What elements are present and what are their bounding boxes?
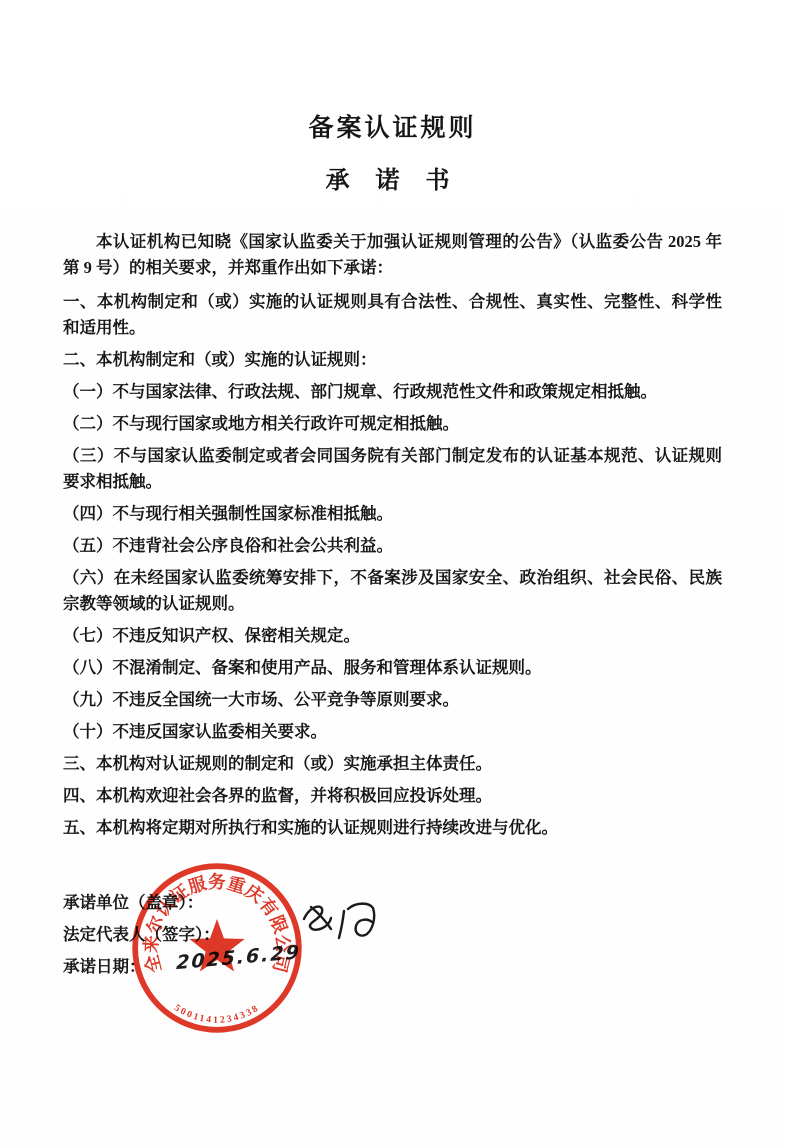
clause: 五、本机构将定期对所执行和实施的认证规则进行持续改进与优化。 [63, 815, 722, 841]
clause: （六）在未经国家认监委统筹安排下，不备案涉及国家安全、政治组织、社会民俗、民族宗… [63, 565, 722, 617]
document-page: 备案认证规则 承 诺 书 本认证机构已知晓《国家认监委关于加强认证规则管理的公告… [0, 0, 785, 1148]
document-content: 备案认证规则 承 诺 书 本认证机构已知晓《国家认监委关于加强认证规则管理的公告… [0, 0, 785, 983]
intro-paragraph: 本认证机构已知晓《国家认监委关于加强认证规则管理的公告》（认监委公告 2025 … [63, 229, 722, 281]
clause: （九）不违反全国统一大市场、公平竞争等原则要求。 [63, 687, 722, 713]
legal-representative-label: 法定代表人（签字）： [63, 919, 722, 951]
clause: 三、本机构对认证规则的制定和（或）实施承担主体责任。 [63, 751, 722, 777]
clause: 二、本机构制定和（或）实施的认证规则： [63, 347, 722, 373]
page-title: 备案认证规则 [63, 108, 722, 144]
clause: （五）不违背社会公序良俗和社会公共利益。 [63, 533, 722, 559]
clause: （四）不与现行相关强制性国家标准相抵触。 [63, 501, 722, 527]
signature-block: 承诺单位（盖章）： 法定代表人（签字）： 承诺日期： [63, 887, 722, 983]
page-subtitle: 承 诺 书 [63, 160, 722, 195]
clause: （十）不违反国家认监委相关要求。 [63, 719, 722, 745]
clause: （七）不违反知识产权、保密相关规定。 [63, 623, 722, 649]
clause: （八）不混淆制定、备案和使用产品、服务和管理体系认证规则。 [63, 655, 722, 681]
clause: 四、本机构欢迎社会各界的监督，并将积极回应投诉处理。 [63, 783, 722, 809]
clause: （一）不与国家法律、行政法规、部门规章、行政规范性文件和政策规定相抵触。 [63, 379, 722, 405]
clause: （三）不与国家认监委制定或者会同国务院有关部门制定发布的认证基本规范、认证规则要… [63, 443, 722, 495]
commitment-date-label: 承诺日期： [63, 951, 722, 983]
clause: 一、本机构制定和（或）实施的认证规则具有合法性、合规性、真实性、完整性、科学性和… [63, 289, 722, 341]
seal-number-text: 5001141234338 [172, 1002, 262, 1025]
clause: （二）不与现行国家或地方相关行政许可规定相抵触。 [63, 411, 722, 437]
unit-seal-label: 承诺单位（盖章）： [63, 887, 722, 919]
